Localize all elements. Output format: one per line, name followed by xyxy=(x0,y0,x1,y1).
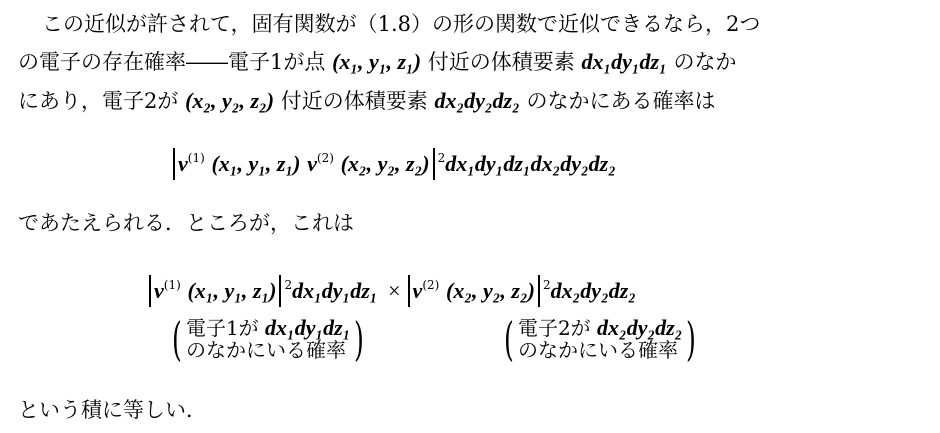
math-volume: dx₁dy₁dz₁ xyxy=(265,315,350,340)
text: のなかにいる確率 xyxy=(518,339,682,361)
text: という積に等しい． xyxy=(18,398,207,422)
left-paren: ( xyxy=(172,316,182,362)
abs-bar-right xyxy=(538,275,540,307)
math-args: (x₂, y₂, z₂) xyxy=(446,278,535,303)
math-volume: dx₁dy₁dz₁dx₂dy₂dz₂ xyxy=(445,151,616,176)
power: 2 xyxy=(543,278,551,292)
times-sign: × xyxy=(388,278,400,303)
paragraph-1-line-2: の電子の存在確率――電子1が点 (x₁, y₁, z₁) 付近の体積要素 dx₁… xyxy=(18,50,736,74)
text: にあり，電子2が xyxy=(18,89,178,113)
paragraph-1-line-1: この近似が許されて，固有関数が（1.8）の形の関数で近似できるなら，2つ xyxy=(42,12,760,36)
paragraph-1-line-3: にあり，電子2が (x₂, y₂, z₂) 付近の体積要素 dx₂dy₂dz₂ … xyxy=(18,89,715,113)
text: であたえられる．ところが，これは xyxy=(18,211,354,235)
math-v: v xyxy=(307,151,317,176)
power: 2 xyxy=(284,278,292,292)
text: 電子1が xyxy=(186,316,259,340)
text: 付近の体積要素 xyxy=(428,50,575,74)
annotation-electron-2: ( 電子2が dx₂dy₂dz₂ のなかにいる確率 ) xyxy=(500,316,700,362)
superscript: (2) xyxy=(317,151,334,165)
right-paren: ) xyxy=(354,316,364,362)
left-paren: ( xyxy=(504,316,514,362)
abs-bar-left xyxy=(173,148,175,180)
math-volume-element-2: dx₂dy₂dz₂ xyxy=(434,88,519,113)
math-v: v xyxy=(178,151,188,176)
superscript: (2) xyxy=(422,278,439,292)
abs-bar-right xyxy=(279,275,281,307)
text: 電子2が xyxy=(518,316,591,340)
superscript: (1) xyxy=(188,151,205,165)
math-coordinates-2: (x₂, y₂, z₂) xyxy=(185,88,274,113)
text: のなか xyxy=(673,50,736,74)
math-volume-element-1: dx₁dy₁dz₁ xyxy=(581,49,666,74)
superscript: (1) xyxy=(164,278,181,292)
equation-joint-probability: v(1) (x₁, y₁, z₁) v(2) (x₂, y₂, z₂)2dx₁d… xyxy=(170,146,616,180)
text: のなかにいる確率 xyxy=(186,339,350,361)
text: この近似が許されて，固有関数が（1.8）の形の関数で近似できるなら，2つ xyxy=(42,12,760,36)
math-v: v xyxy=(154,278,164,303)
math-volume: dx₂dy₂dz₂ xyxy=(551,278,636,303)
abs-bar-left xyxy=(408,275,410,307)
text: の電子の存在確率――電子1が点 xyxy=(18,50,325,74)
abs-bar-left xyxy=(149,275,151,307)
paragraph-2: であたえられる．ところが，これは xyxy=(18,211,354,235)
math-volume: dx₁dy₁dz₁ xyxy=(292,278,377,303)
math-args: (x₁, y₁, z₁) xyxy=(187,278,276,303)
abs-bar-right xyxy=(433,148,435,180)
math-coordinates-1: (x₁, y₁, z₁) xyxy=(332,49,421,74)
annotation-electron-1: ( 電子1が dx₁dy₁dz₁ のなかにいる確率 ) xyxy=(168,316,368,362)
math-v: v xyxy=(413,278,423,303)
equation-product: v(1) (x₁, y₁, z₁)2dx₁dy₁dz₁ ×v(2) (x₂, y… xyxy=(146,273,636,307)
paragraph-3: という積に等しい． xyxy=(18,398,207,422)
math-volume: dx₂dy₂dz₂ xyxy=(597,315,682,340)
text: 付近の体積要素 xyxy=(281,89,428,113)
math-args: (x₁, y₁, z₁) xyxy=(211,151,300,176)
text: のなかにある確率は xyxy=(526,89,715,113)
math-args: (x₂, y₂, z₂) xyxy=(341,151,430,176)
right-paren: ) xyxy=(686,316,696,362)
